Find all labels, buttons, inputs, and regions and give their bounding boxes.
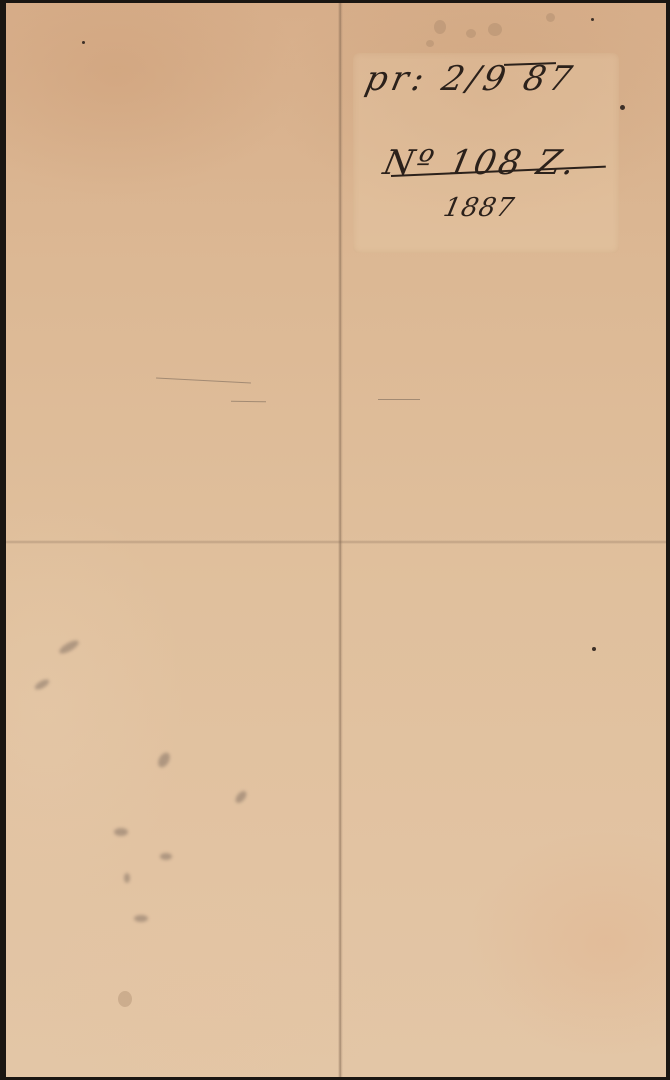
received-date-annotation: pr: 2/9 87 — [362, 59, 580, 99]
smudge — [124, 873, 130, 883]
ink-speck — [592, 647, 596, 651]
smudge — [160, 853, 172, 860]
scratch-mark — [378, 399, 420, 400]
smudge — [134, 915, 148, 922]
smudge — [114, 828, 128, 836]
document-number-annotation: Nº 108 Z. — [380, 143, 582, 183]
horizontal-fold-line — [6, 540, 666, 544]
smudge — [233, 789, 248, 805]
stain — [466, 29, 476, 38]
ink-speck — [591, 18, 594, 21]
smudge — [33, 677, 50, 691]
stain — [426, 40, 434, 47]
stain — [434, 20, 446, 34]
stain — [488, 23, 502, 36]
smudge — [156, 751, 173, 770]
smudge — [57, 638, 80, 656]
year-annotation: 1887 — [441, 193, 518, 223]
ink-speck — [82, 41, 85, 44]
ink-speck — [620, 105, 625, 110]
stain — [546, 13, 555, 22]
scratch-mark — [156, 378, 251, 384]
paper-sheet: pr: 2/9 87 Nº 108 Z. 1887 — [6, 3, 666, 1077]
stain — [118, 991, 132, 1007]
scratch-mark — [231, 401, 266, 403]
